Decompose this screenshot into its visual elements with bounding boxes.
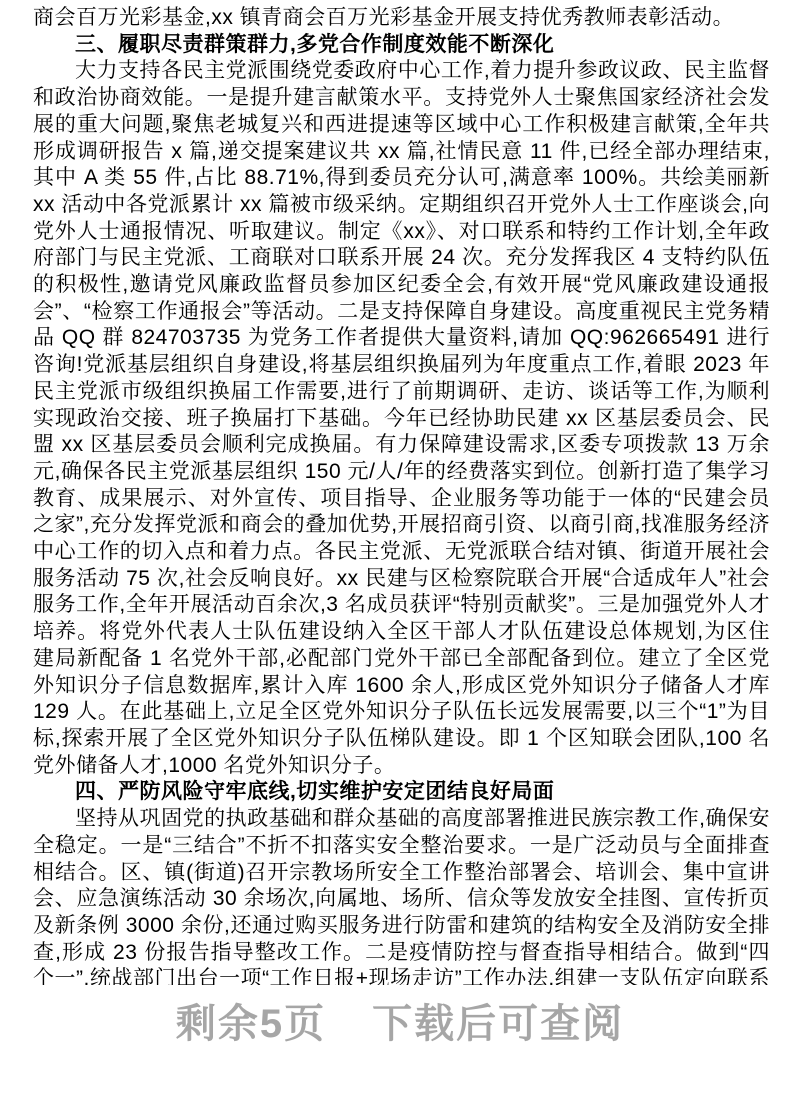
paragraph-section-three: 大力支持各民主党派围绕党委政府中心工作,着力提升参政议政、民主监督和政治协商效能… [33,58,770,779]
document-page: 商会百万光彩基金,xx 镇青商会百万光彩基金开展支持优秀教师表彰活动。 三、履职… [0,0,800,1095]
download-overlay: 剩余5页下载后可查阅 [0,992,800,1049]
document-body: 商会百万光彩基金,xx 镇青商会百万光彩基金开展支持优秀教师表彰活动。 三、履职… [33,5,770,985]
paragraph-section-four: 坚持从巩固党的执政基础和群众基础的高度部署推进民族宗教工作,确保安全稳定。一是“… [33,806,770,985]
download-hint-label: 下载后可查阅 [372,1002,624,1046]
section-heading-three: 三、履职尽责群策群力,多党合作制度效能不断深化 [33,32,770,59]
section-heading-four: 四、严防风险守牢底线,切实维护安定团结良好局面 [33,779,770,806]
remaining-pages-label: 剩余5页 [176,1002,326,1046]
paragraph-continuation: 商会百万光彩基金,xx 镇青商会百万光彩基金开展支持优秀教师表彰活动。 [33,5,770,32]
